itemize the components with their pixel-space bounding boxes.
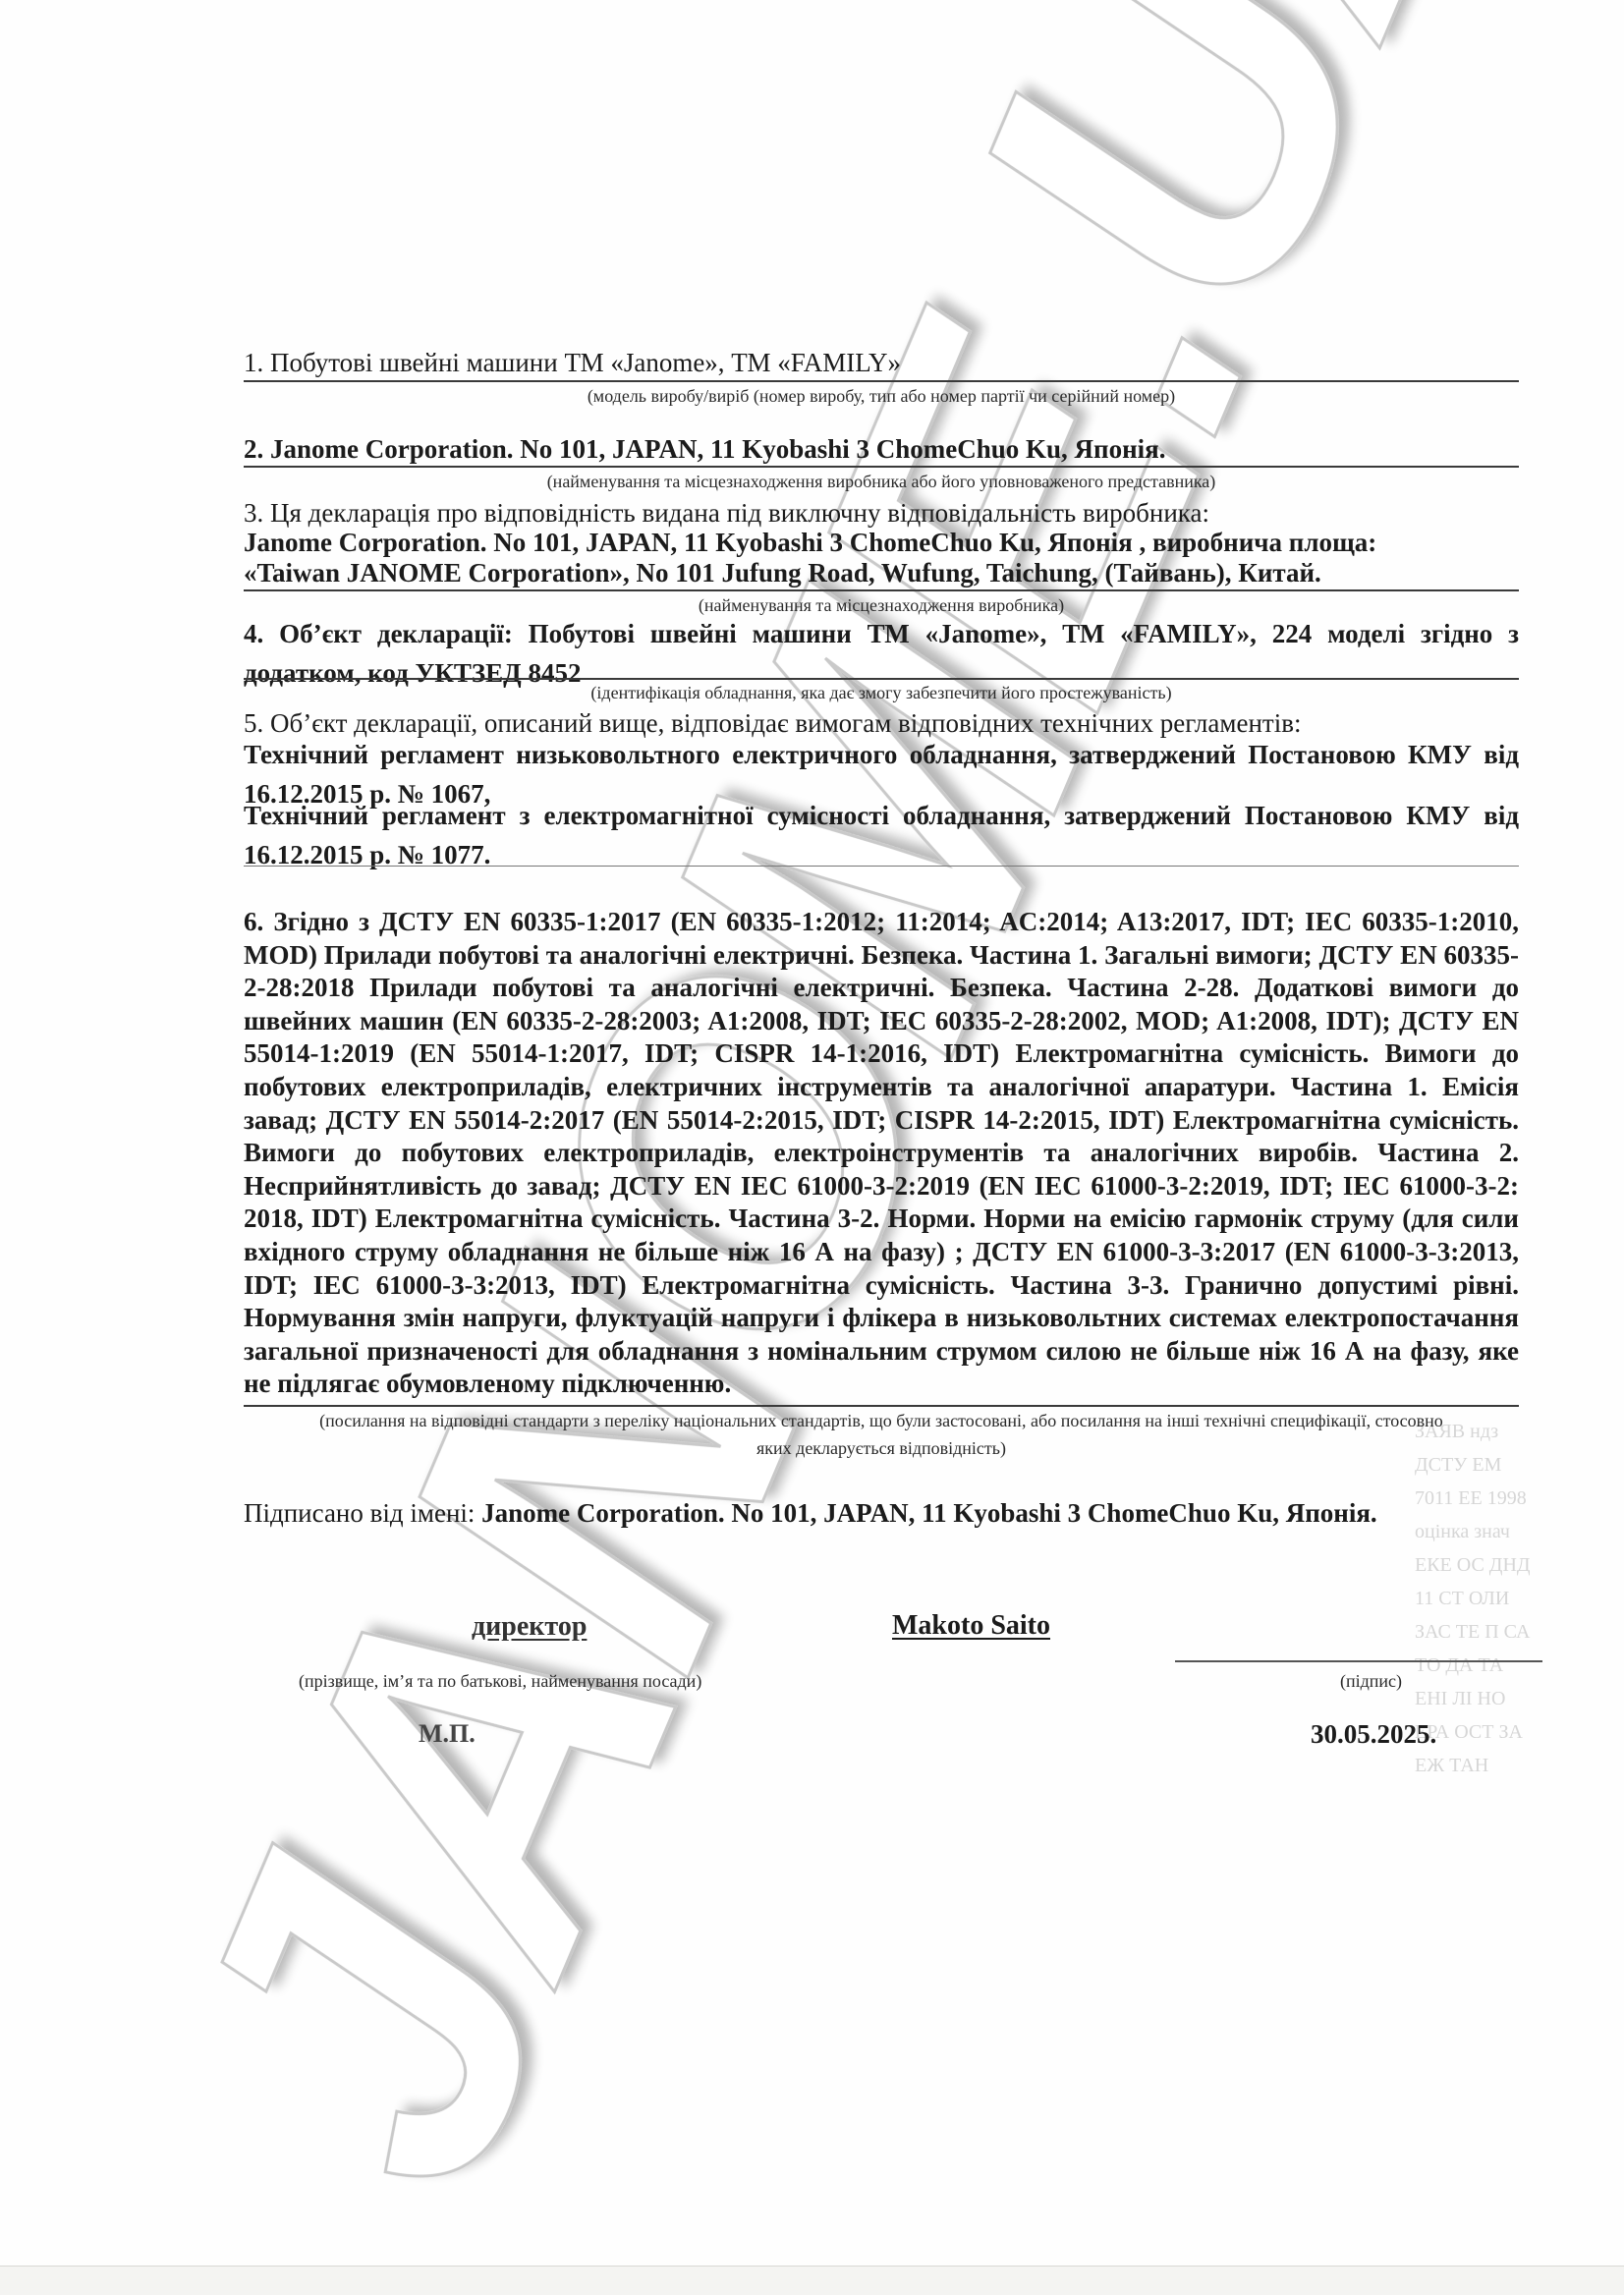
signed-on-behalf-label: Підписано від імені: (244, 1498, 475, 1528)
signed-on-behalf-value: Janome Corporation. No 101, JAPAN, 11 Ky… (481, 1498, 1377, 1528)
signature-line (1175, 1660, 1542, 1662)
signature-caption: (підпис) (1340, 1671, 1402, 1692)
section-3-manufacturer-line-2: «Taiwan JANOME Corporation», No 101 Jufu… (244, 553, 1519, 592)
signatory-name-caption: (прізвище, ім’я та по батькові, найменув… (299, 1671, 701, 1692)
stamp-placeholder: М.П. (419, 1719, 476, 1749)
section-3-rule (244, 589, 1519, 591)
section-4-rule (244, 678, 1519, 680)
section-1-product: 1. Побутові швейні машини ТМ «Janome», Т… (244, 343, 1519, 382)
document-page: JANOME.UA ЗАЯВ ндз ДСТУ ЕМ 7011 ЕЕ 1998 … (0, 0, 1624, 2295)
signed-on-behalf: Підписано від імені: Janome Corporation.… (244, 1493, 1519, 1533)
section-5-regulation-2: Технічний регламент з електромагнітної с… (244, 796, 1519, 874)
section-6-caption: (посилання на відповідні стандарти з пер… (244, 1407, 1519, 1462)
signature-date: 30.05.2025. (1311, 1719, 1436, 1750)
section-6-standards: 6. Згідно з ДСТУ EN 60335-1:2017 (EN 603… (244, 906, 1519, 1401)
page-bottom-edge (0, 2266, 1624, 2295)
section-1-caption: (модель виробу/виріб (номер виробу, тип … (244, 384, 1519, 408)
section-2-rule (244, 466, 1519, 468)
section-2-manufacturer: 2. Janome Corporation. No 101, JAPAN, 11… (244, 429, 1519, 469)
signatory-position: директор (472, 1611, 587, 1643)
section-4-caption: (ідентифікація обладнання, яка дає змогу… (244, 681, 1519, 704)
section-5-rule (244, 866, 1519, 867)
signatory-name: Makoto Saito (892, 1610, 1050, 1642)
section-1-rule (244, 380, 1519, 382)
section-2-caption: (найменування та місцезнаходження виробн… (244, 470, 1519, 493)
